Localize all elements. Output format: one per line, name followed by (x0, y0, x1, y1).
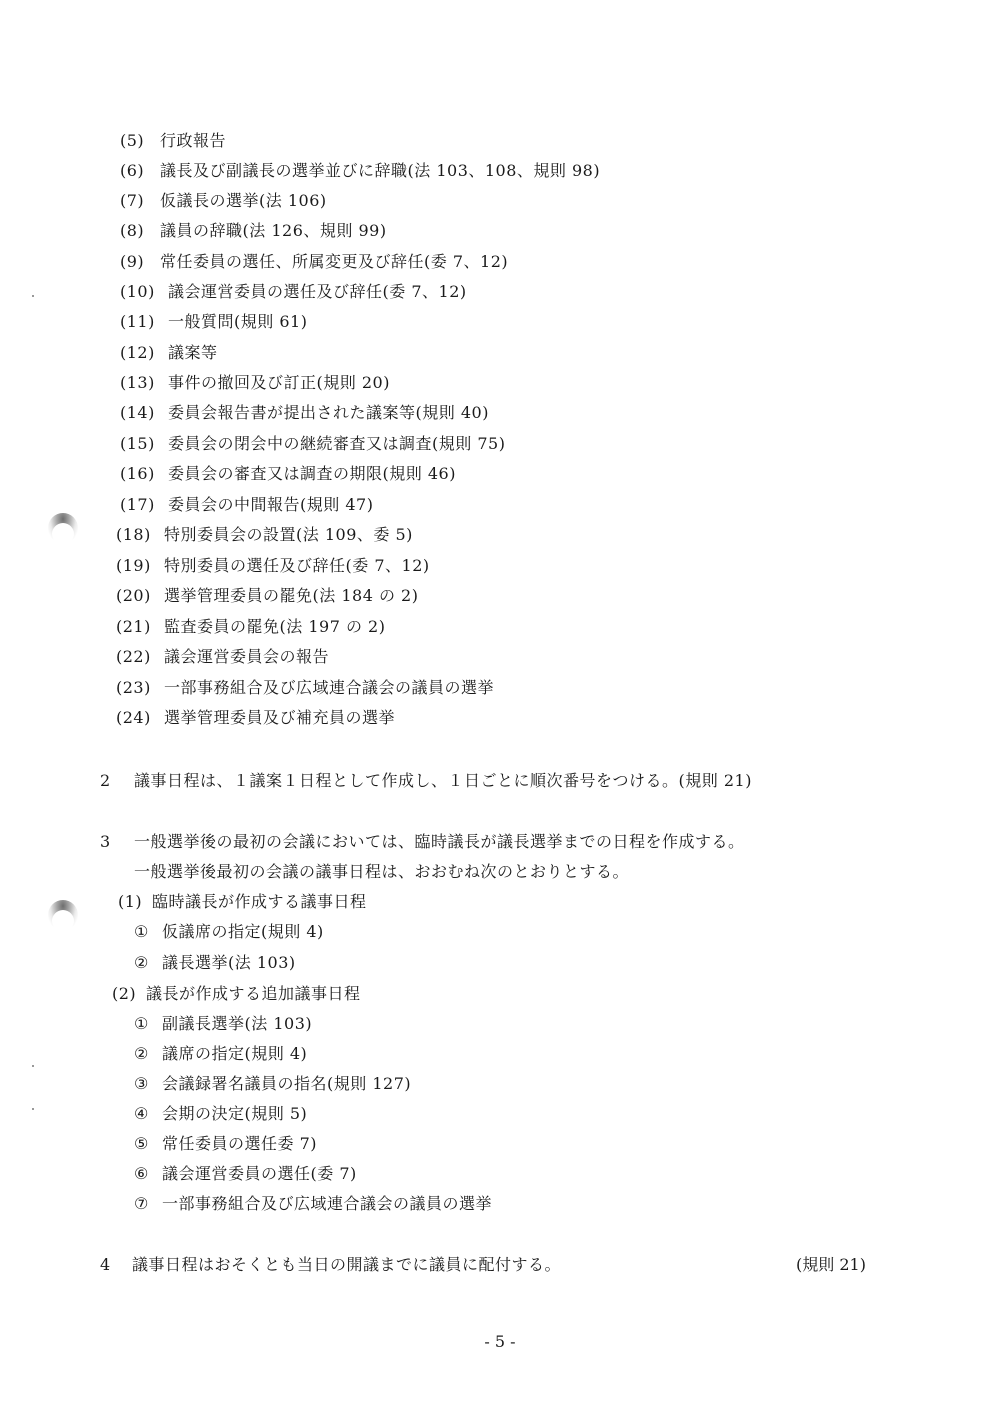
item-text: 会議録署名議員の指名(規則 127) (162, 1074, 411, 1093)
section-3-line-2: 一般選挙後最初の会議の議事日程は、おおむね次のとおりとする。 (134, 862, 629, 882)
item-number: (18) (116, 525, 164, 545)
item-number: (16) (120, 464, 168, 484)
item-number: (8) (120, 221, 160, 241)
item-number: (12) (120, 343, 168, 363)
section-4-reference: (規則 21) (796, 1255, 866, 1275)
item-number: (11) (120, 312, 168, 332)
item-text: 委員会の閉会中の継続審査又は調査(規則 75) (168, 434, 505, 453)
list-item: (21)監査委員の罷免(法 197 の 2) (116, 617, 385, 637)
list-item: ⑦一部事務組合及び広域連合議会の議員の選挙 (134, 1194, 492, 1214)
item-text: 議長及び副議長の選挙並びに辞職(法 103、108、規則 98) (160, 161, 600, 180)
item-text: 一部事務組合及び広域連合議会の議員の選挙 (164, 678, 494, 697)
item-text: 選挙管理委員の罷免(法 184 の 2) (164, 586, 418, 605)
list-item: (12)議案等 (120, 343, 218, 363)
punch-hole-mark (48, 900, 78, 930)
scan-speck (32, 295, 34, 297)
item-text: 行政報告 (160, 131, 226, 150)
list-item: (15)委員会の閉会中の継続審査又は調査(規則 75) (120, 434, 505, 454)
list-item: (19)特別委員の選任及び辞任(委 7、12) (116, 556, 430, 576)
list-item: ①副議長選挙(法 103) (134, 1014, 312, 1034)
item-text: 議会運営委員会の報告 (164, 647, 329, 666)
subsection-heading: (1)臨時議長が作成する議事日程 (118, 892, 367, 912)
scan-speck (32, 1065, 34, 1067)
list-item: (6)議長及び副議長の選挙並びに辞職(法 103、108、規則 98) (120, 161, 600, 181)
item-number: ① (134, 1014, 162, 1034)
section-number: 3 (100, 832, 134, 852)
list-item: (7)仮議長の選挙(法 106) (120, 191, 327, 211)
list-item: ⑥議会運営委員の選任(委 7) (134, 1164, 357, 1184)
list-item: ④会期の決定(規則 5) (134, 1104, 307, 1124)
item-text: 委員会報告書が提出された議案等(規則 40) (168, 403, 489, 422)
page-number: - 5 - (0, 1332, 1000, 1351)
list-item: ⑤常任委員の選任委 7) (134, 1134, 317, 1154)
list-item: ②議長選挙(法 103) (134, 953, 296, 973)
item-text: 議会運営委員の選任及び辞任(委 7、12) (168, 282, 467, 301)
item-number: (17) (120, 495, 168, 515)
item-number: (22) (116, 647, 164, 667)
list-item: (20)選挙管理委員の罷免(法 184 の 2) (116, 586, 418, 606)
item-number: ⑥ (134, 1164, 162, 1184)
item-number: (5) (120, 131, 160, 151)
item-text: 仮議長の選挙(法 106) (160, 191, 327, 210)
subsection-heading: (2)議長が作成する追加議事日程 (112, 984, 361, 1004)
item-number: (7) (120, 191, 160, 211)
list-item: ③会議録署名議員の指名(規則 127) (134, 1074, 411, 1094)
item-text: 委員会の中間報告(規則 47) (168, 495, 373, 514)
item-text: 議案等 (168, 343, 218, 362)
item-number: (19) (116, 556, 164, 576)
list-item: (17)委員会の中間報告(規則 47) (120, 495, 373, 515)
item-text: 特別委員の選任及び辞任(委 7、12) (164, 556, 430, 575)
list-item: (23)一部事務組合及び広域連合議会の議員の選挙 (116, 678, 494, 698)
item-number: ④ (134, 1104, 162, 1124)
item-number: ⑤ (134, 1134, 162, 1154)
list-item: (13)事件の撤回及び訂正(規則 20) (120, 373, 390, 393)
list-item: (18)特別委員会の設置(法 109、委 5) (116, 525, 413, 545)
item-text: 常任委員の選任委 7) (162, 1134, 317, 1153)
item-number: ② (134, 1044, 162, 1064)
item-number: (14) (120, 403, 168, 423)
item-text: 議長選挙(法 103) (162, 953, 296, 972)
list-item: (22)議会運営委員会の報告 (116, 647, 329, 667)
list-item: (14)委員会報告書が提出された議案等(規則 40) (120, 403, 489, 423)
item-number: (9) (120, 252, 160, 272)
item-text: 議席の指定(規則 4) (162, 1044, 307, 1063)
list-item: (16)委員会の審査又は調査の期限(規則 46) (120, 464, 456, 484)
punch-hole-mark (48, 513, 78, 543)
item-text: 議員の辞職(法 126、規則 99) (160, 221, 387, 240)
section-number: 4 (100, 1255, 132, 1275)
item-text: 仮議席の指定(規則 4) (162, 922, 324, 941)
item-text: 一般質問(規則 61) (168, 312, 307, 331)
item-number: (13) (120, 373, 168, 393)
item-number: (21) (116, 617, 164, 637)
item-text: 委員会の審査又は調査の期限(規則 46) (168, 464, 456, 483)
section-number: 2 (100, 771, 134, 791)
scan-speck (32, 1108, 34, 1110)
item-text: 会期の決定(規則 5) (162, 1104, 307, 1123)
item-number: (23) (116, 678, 164, 698)
section-text: 議事日程は、１議案１日程として作成し、１日ごとに順次番号をつける。(規則 21) (134, 771, 752, 790)
subsection-number: (2) (112, 984, 146, 1004)
section-3-line-1: 3一般選挙後の最初の会議においては、臨時議長が議長選挙までの日程を作成する。 (100, 832, 745, 852)
item-number: ① (134, 922, 162, 942)
item-text: 監査委員の罷免(法 197 の 2) (164, 617, 385, 636)
subsection-number: (1) (118, 892, 152, 912)
subsection-title: 臨時議長が作成する議事日程 (152, 892, 367, 911)
list-item: (8)議員の辞職(法 126、規則 99) (120, 221, 387, 241)
list-item: ②議席の指定(規則 4) (134, 1044, 307, 1064)
section-text: 一般選挙後最初の会議の議事日程は、おおむね次のとおりとする。 (134, 862, 629, 881)
section-4-paragraph: 4議事日程はおそくとも当日の開議までに議員に配付する。 (100, 1255, 561, 1275)
item-number: ③ (134, 1074, 162, 1094)
item-number: (10) (120, 282, 168, 302)
item-number: (24) (116, 708, 164, 728)
item-number: (20) (116, 586, 164, 606)
list-item: (5)行政報告 (120, 131, 226, 151)
item-text: 事件の撤回及び訂正(規則 20) (168, 373, 390, 392)
list-item: (24)選挙管理委員及び補充員の選挙 (116, 708, 395, 728)
item-number: ⑦ (134, 1194, 162, 1214)
list-item: (10)議会運営委員の選任及び辞任(委 7、12) (120, 282, 467, 302)
subsection-title: 議長が作成する追加議事日程 (146, 984, 361, 1003)
list-item: ①仮議席の指定(規則 4) (134, 922, 324, 942)
list-item: (11)一般質問(規則 61) (120, 312, 307, 332)
section-text: 議事日程はおそくとも当日の開議までに議員に配付する。 (132, 1255, 561, 1274)
list-item: (9)常任委員の選任、所属変更及び辞任(委 7、12) (120, 252, 508, 272)
item-text: 特別委員会の設置(法 109、委 5) (164, 525, 413, 544)
item-text: 一部事務組合及び広域連合議会の議員の選挙 (162, 1194, 492, 1213)
item-text: 選挙管理委員及び補充員の選挙 (164, 708, 395, 727)
item-number: ② (134, 953, 162, 973)
item-text: 副議長選挙(法 103) (162, 1014, 312, 1033)
section-text: 一般選挙後の最初の会議においては、臨時議長が議長選挙までの日程を作成する。 (134, 832, 745, 851)
item-text: 常任委員の選任、所属変更及び辞任(委 7、12) (160, 252, 508, 271)
item-text: 議会運営委員の選任(委 7) (162, 1164, 357, 1183)
item-number: (15) (120, 434, 168, 454)
item-number: (6) (120, 161, 160, 181)
section-2-paragraph: 2議事日程は、１議案１日程として作成し、１日ごとに順次番号をつける。(規則 21… (100, 771, 752, 791)
